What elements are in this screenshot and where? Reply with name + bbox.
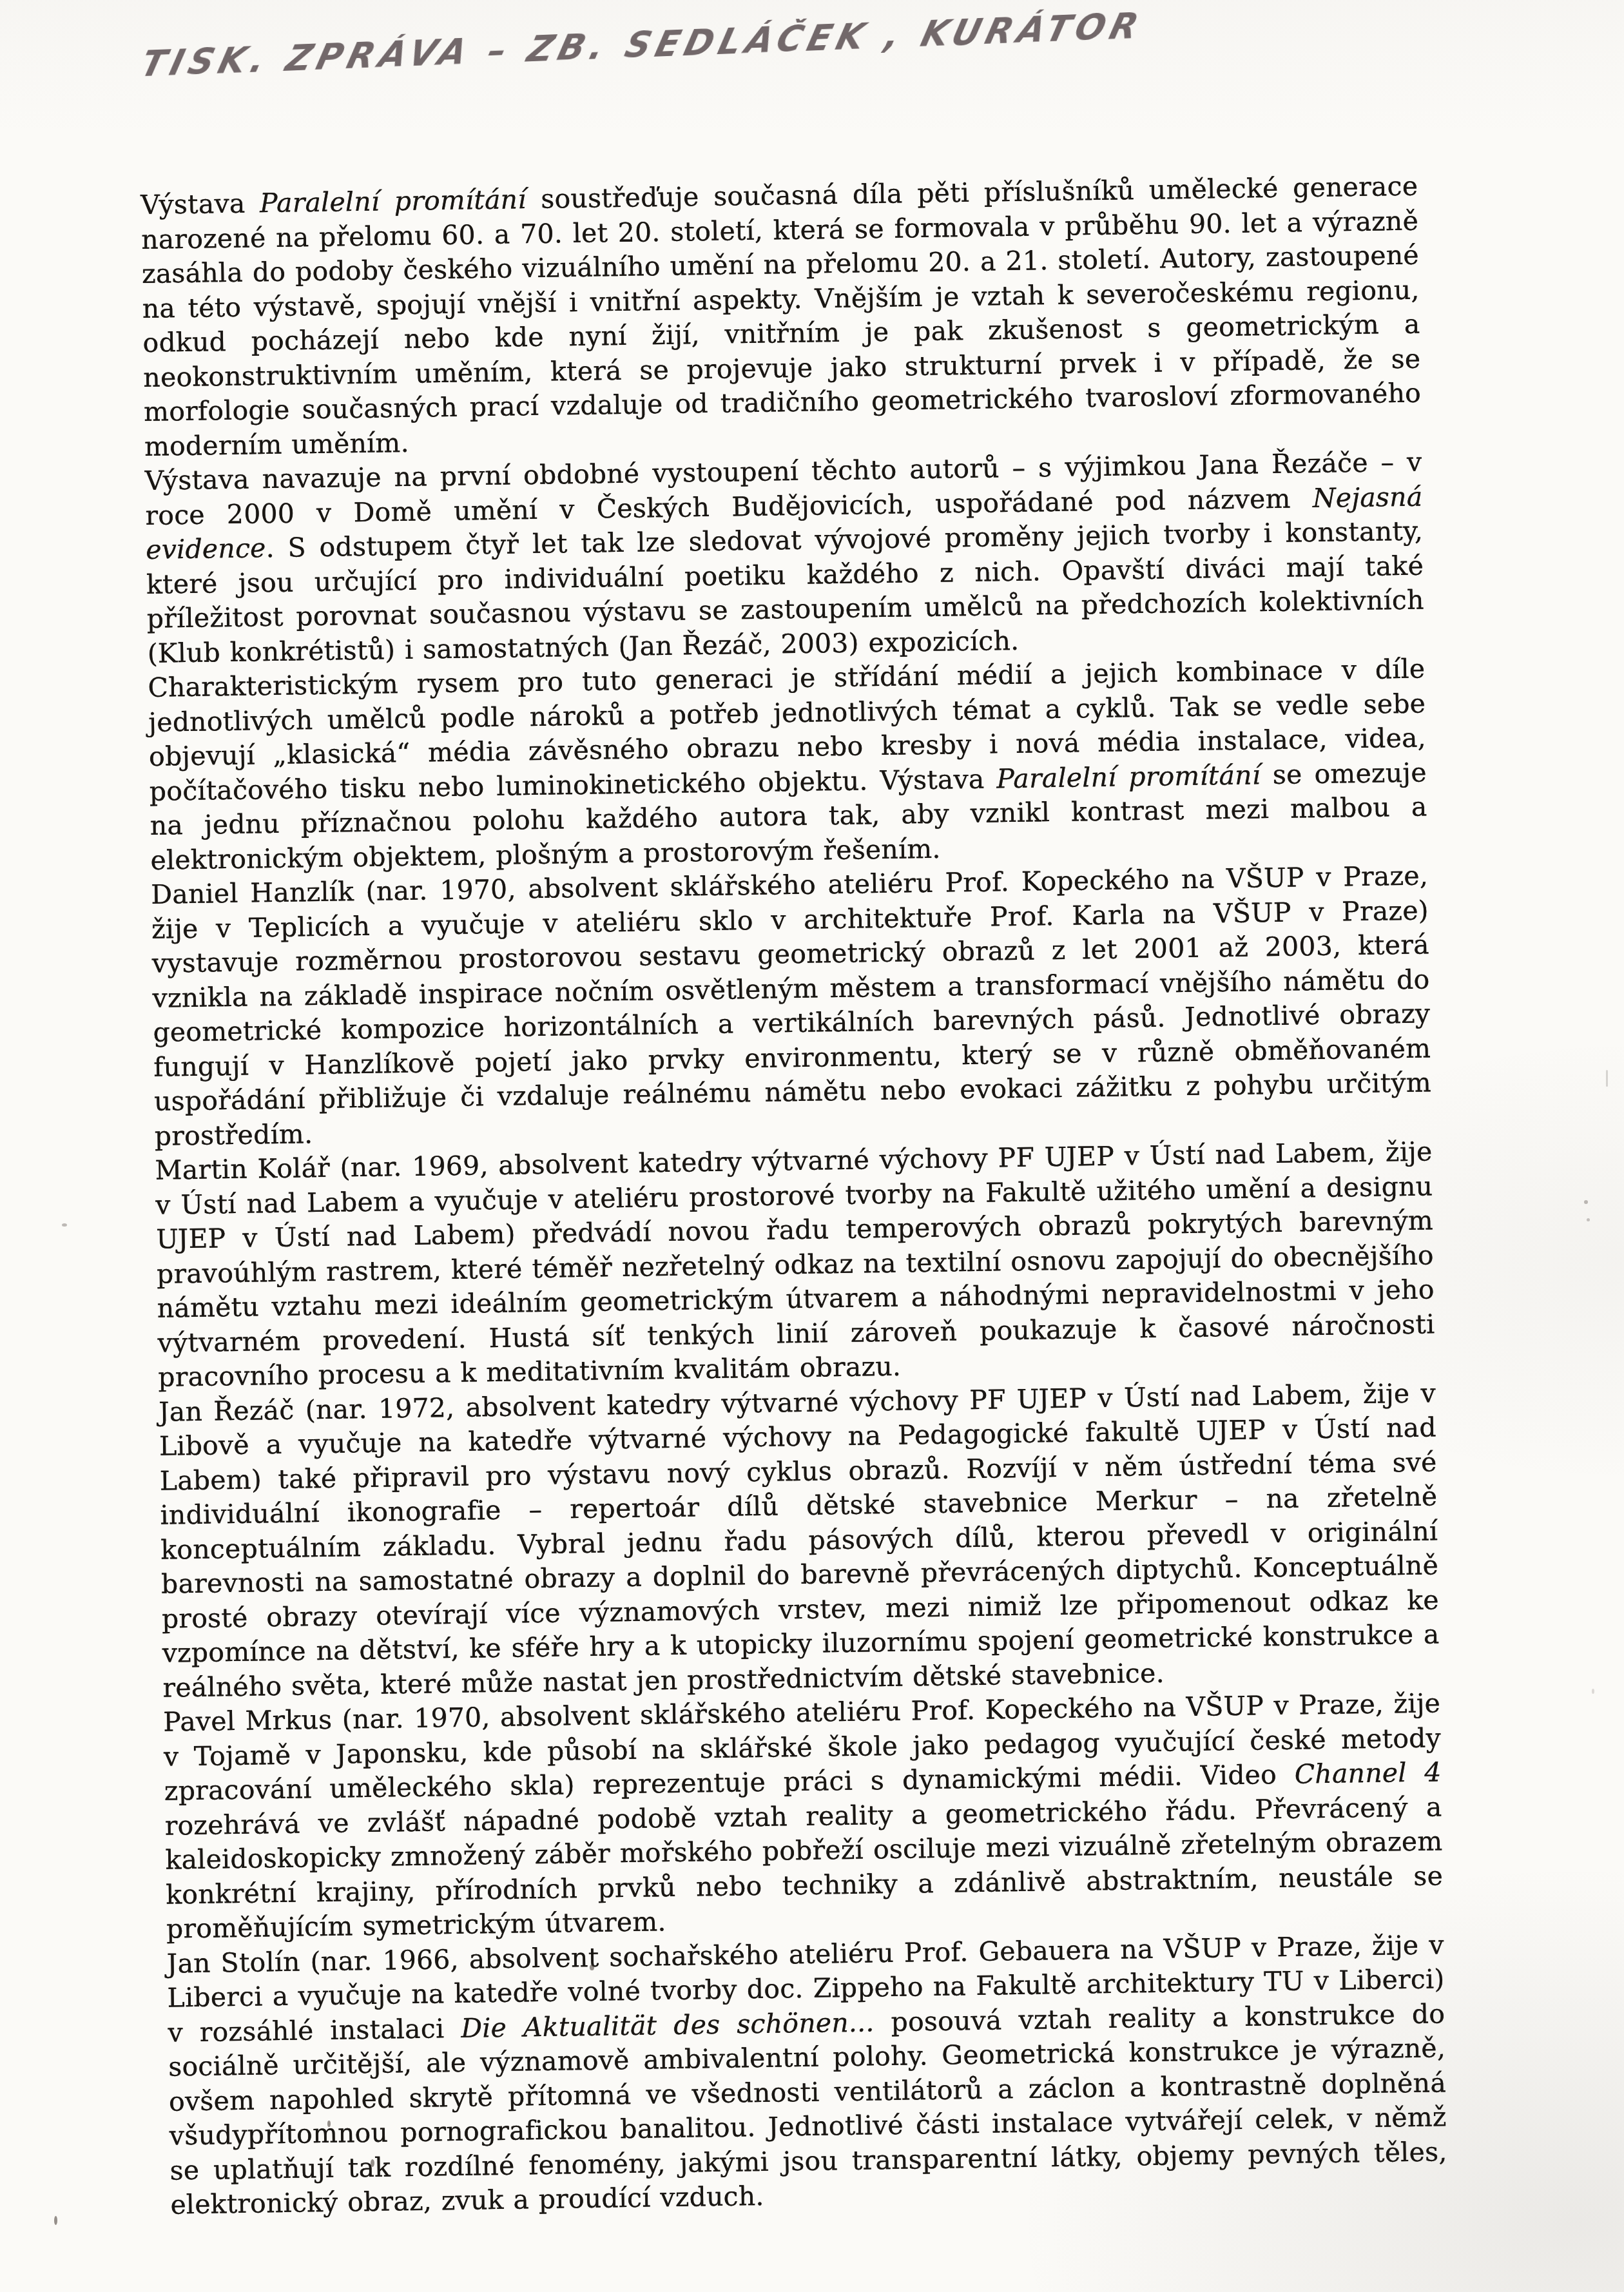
text-run: Výstava [140,188,260,220]
paragraph: Charakteristickým rysem pro tuto generac… [148,652,1428,878]
paragraph: Martin Kolář (nar. 1969, absolvent kated… [155,1134,1435,1395]
scan-speck [62,1223,67,1227]
paragraph: Výstava navazuje na první obdobné vystou… [144,445,1425,671]
italic-text-run: Channel 4 [1294,1756,1442,1789]
paragraph: Pavel Mrkus (nar. 1970, absolvent sklářs… [163,1686,1444,1947]
italic-text-run: Paralelní promítání [996,759,1261,794]
italic-text-run: Paralelní promítání [260,184,527,219]
text-run: Jan Řezáč (nar. 1972, absolvent katedry … [159,1377,1440,1703]
italic-text-run: Die Aktualität des schönen... [461,2006,875,2044]
text-run: . S odstupem čtyř let tak lze sledovat v… [146,516,1424,669]
handwritten-note: TISK. ZPRÁVA – ZB. SEDLÁČEK , KURÁTOR [137,5,1147,84]
scan-speck [590,1965,594,1970]
paragraph: Jan Stolín (nar. 1966, absolvent sochařs… [166,1928,1447,2222]
scan-speck [1587,1218,1590,1221]
scan-speck [327,2121,331,2127]
document-body: Výstava Paralelní promítání soustřeďuje … [140,170,1448,2223]
text-run: Daniel Hanzlík (nar. 1970, absolvent skl… [151,860,1431,1151]
paragraph: Výstava Paralelní promítání soustřeďuje … [140,170,1422,464]
scan-speck [371,2159,374,2167]
scan-speck [1584,1200,1588,1204]
scanned-page: TISK. ZPRÁVA – ZB. SEDLÁČEK , KURÁTOR Vý… [0,0,1624,2292]
text-run: Martin Kolář (nar. 1969, absolvent kated… [155,1136,1435,1392]
scan-speck [1592,1689,1594,1694]
paragraph: Daniel Hanzlík (nar. 1970, absolvent skl… [151,859,1432,1153]
paragraph: Jan Řezáč (nar. 1972, absolvent katedry … [159,1376,1440,1705]
text-run: rozehrává ve zvlášť nápadné podobě vztah… [164,1791,1443,1945]
scan-speck [1606,1070,1608,1087]
text-run: Pavel Mrkus (nar. 1970, absolvent sklářs… [163,1687,1441,1806]
scan-speck [54,2216,57,2225]
